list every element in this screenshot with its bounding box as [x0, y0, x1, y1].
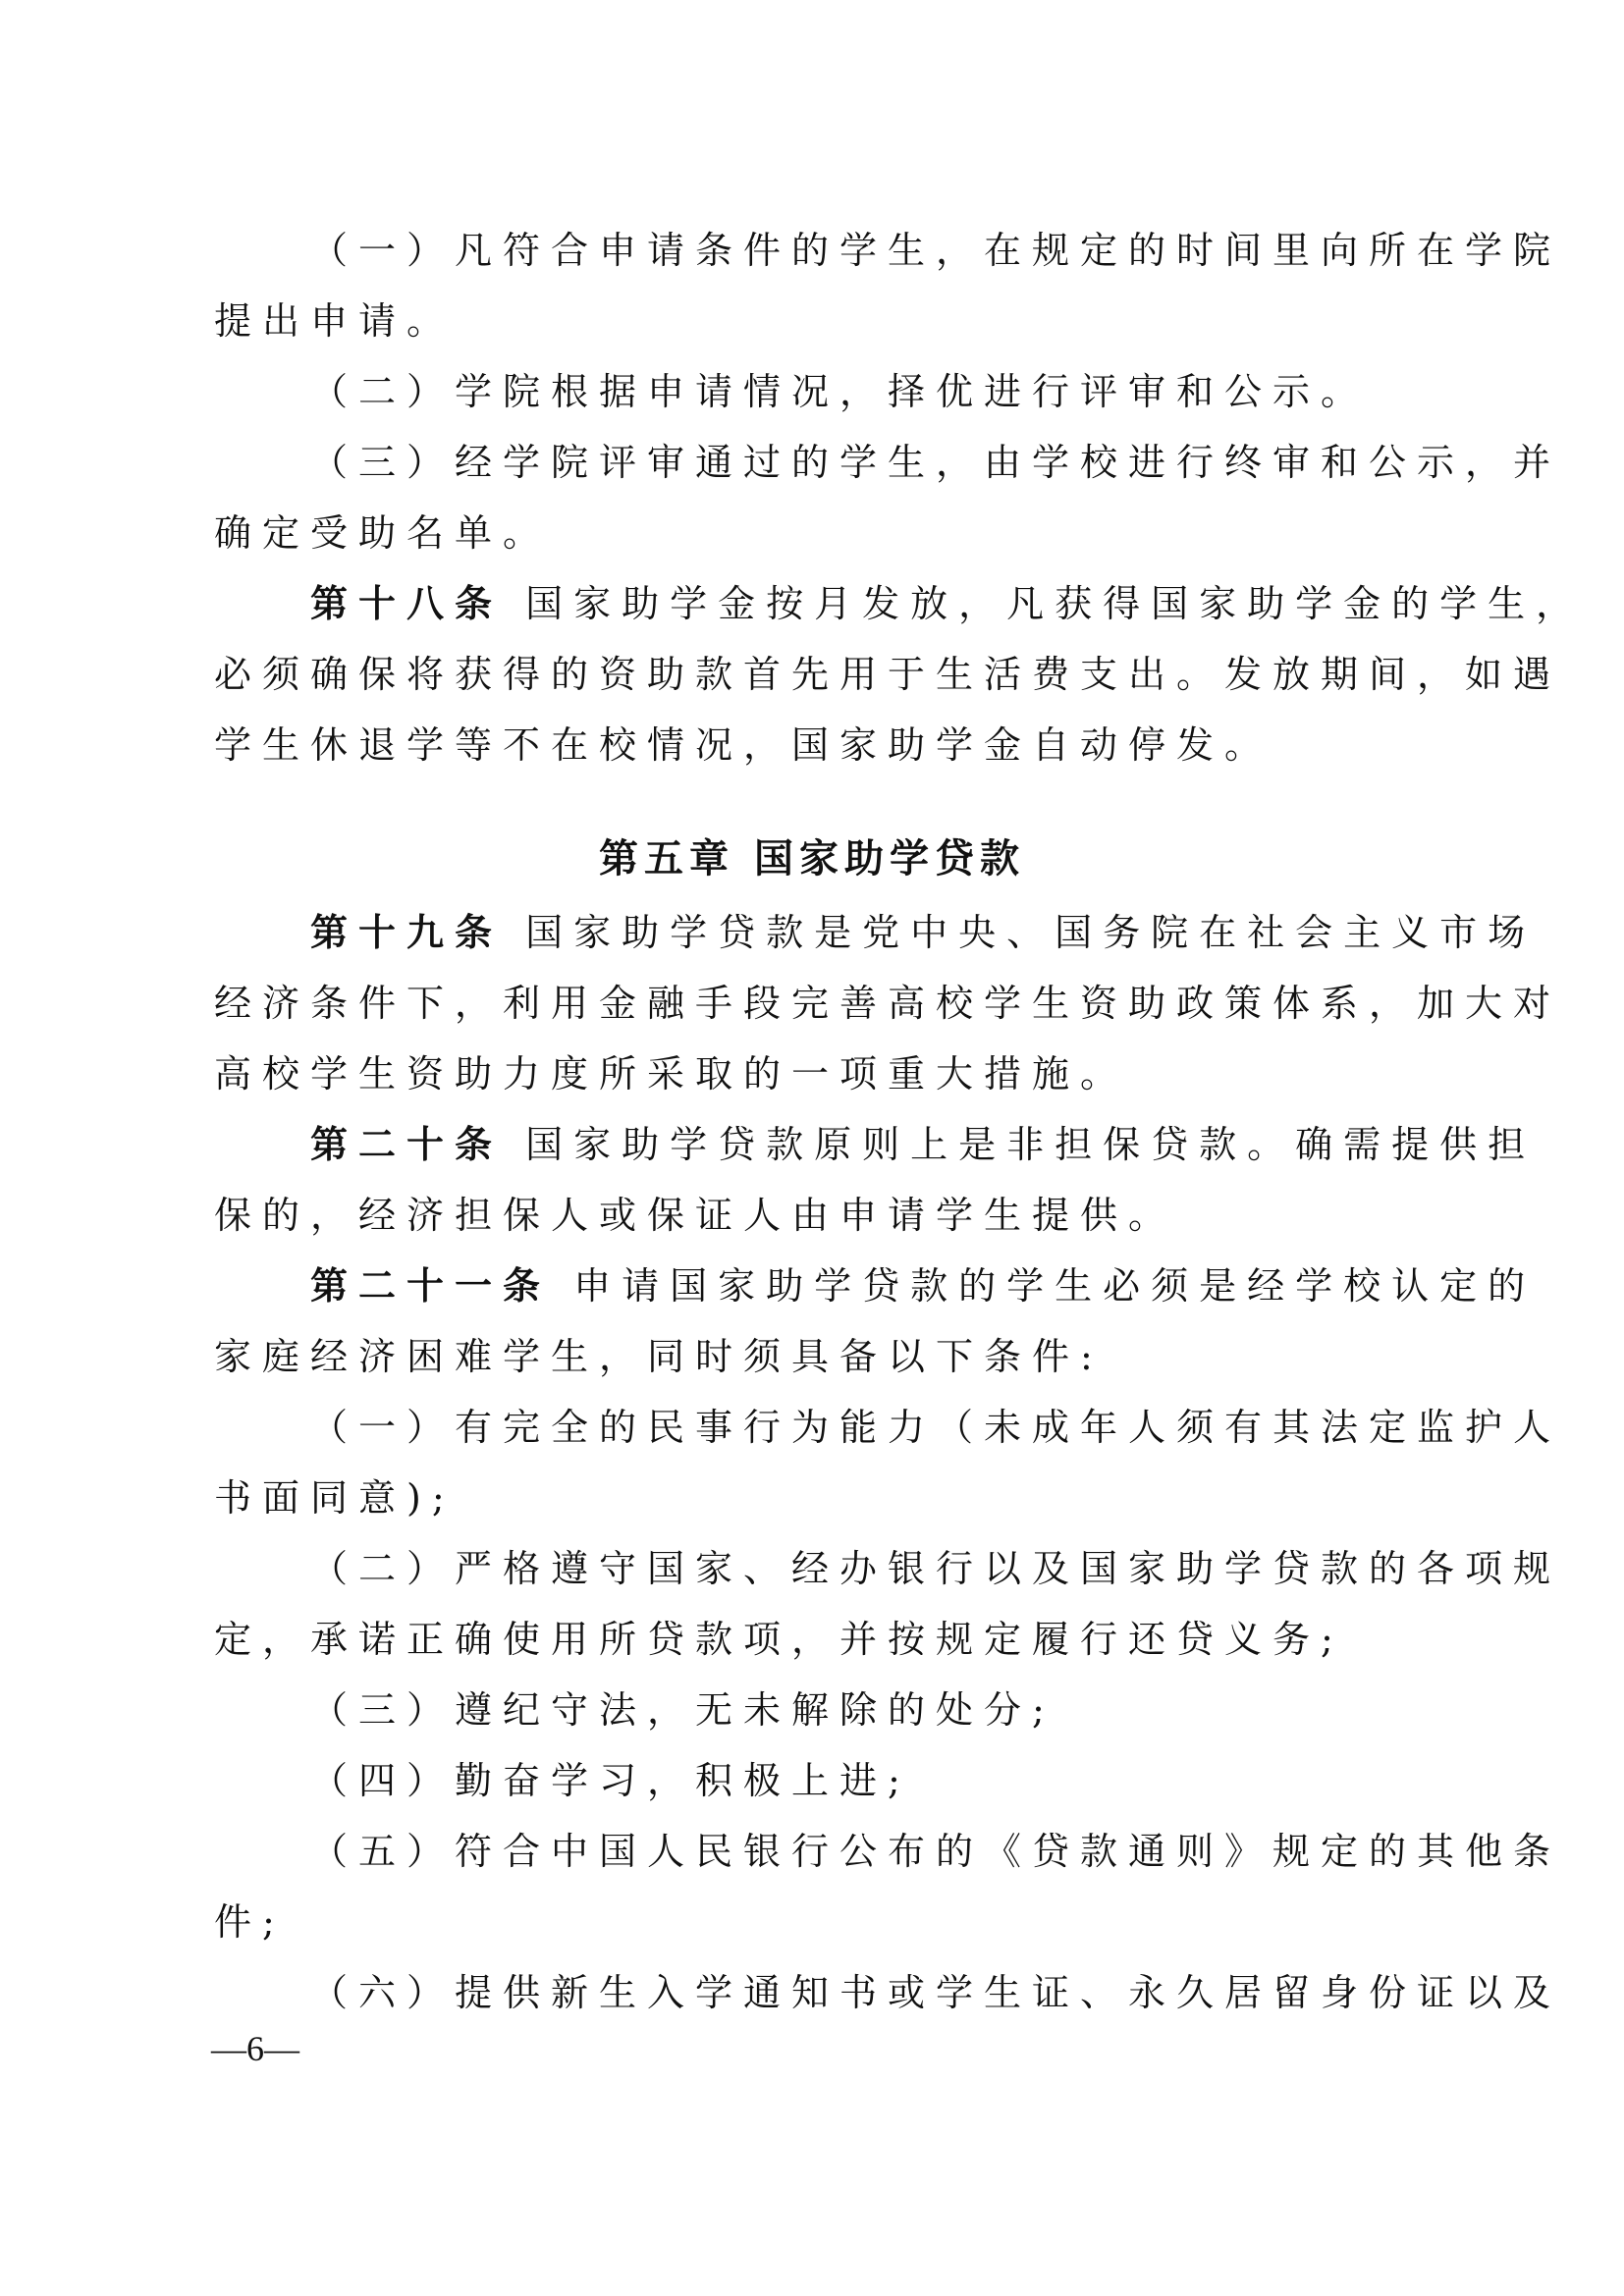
line-text: 申请国家助学贷款的学生必须是经学校认定的 [573, 1264, 1536, 1308]
article-paragraph-line: 第二十一条 申请国家助学贷款的学生必须是经学校认定的 [214, 1251, 1422, 1321]
paragraph-line: 学生休退学等不在校情况，国家助学金自动停发。 [214, 710, 1422, 780]
line-text: 家庭经济困难学生，同时须具备以下条件: [214, 1335, 1104, 1378]
paragraph-line: （二）学院根据申请情况，择优进行评审和公示。 [214, 356, 1422, 427]
article-label: 第十八条 [310, 581, 503, 625]
article-paragraph-line: 第十八条 国家助学金按月发放，凡获得国家助学金的学生， [214, 568, 1422, 639]
line-text: （四）勤奋学习，积极上进; [310, 1759, 911, 1802]
line-text: 保的，经济担保人或保证人由申请学生提供。 [214, 1194, 1176, 1237]
paragraph-line: （五）符合中国人民银行公布的《贷款通则》规定的其他条 [214, 1816, 1422, 1887]
line-text: （三）遵纪守法，无未解除的处分; [310, 1688, 1056, 1732]
paragraph-line: 确定受助名单。 [214, 498, 1422, 568]
line-text: 确定受助名单。 [214, 511, 551, 555]
paragraph-line: （二）严格遵守国家、经办银行以及国家助学贷款的各项规 [214, 1533, 1422, 1604]
paragraph-line: 件; [214, 1887, 1422, 1957]
page-number: —6— [211, 2028, 299, 2069]
paragraph-line: （一）凡符合申请条件的学生，在规定的时间里向所在学院 [214, 215, 1422, 286]
paragraph-line: 保的，经济担保人或保证人由申请学生提供。 [214, 1180, 1422, 1251]
line-text: （二）严格遵守国家、经办银行以及国家助学贷款的各项规 [310, 1547, 1561, 1590]
paragraph-line: 经济条件下，利用金融手段完善高校学生资助政策体系，加大对 [214, 968, 1422, 1039]
paragraph-line: （三）经学院评审通过的学生，由学校进行终审和公示，并 [214, 427, 1422, 498]
line-text: 件; [214, 1900, 286, 1944]
paragraph-line: （三）遵纪守法，无未解除的处分; [214, 1675, 1422, 1745]
line-text: 提出申请。 [214, 299, 455, 343]
line-text: （五）符合中国人民银行公布的《贷款通则》规定的其他条 [310, 1830, 1561, 1873]
line-text: （一）有完全的民事行为能力（未成年人须有其法定监护人 [310, 1406, 1561, 1449]
line-text: 必须确保将获得的资助款首先用于生活费支出。发放期间，如遇 [214, 653, 1561, 696]
line-text: （六）提供新生入学通知书或学生证、永久居留身份证以及 [310, 1971, 1561, 2014]
line-text: 高校学生资助力度所采取的一项重大措施。 [214, 1052, 1128, 1095]
line-text: （二）学院根据申请情况，择优进行评审和公示。 [310, 370, 1369, 413]
line-text: 国家助学金按月发放，凡获得国家助学金的学生， [525, 582, 1584, 625]
paragraph-line: （四）勤奋学习，积极上进; [214, 1745, 1422, 1816]
line-text: 经济条件下，利用金融手段完善高校学生资助政策体系，加大对 [214, 982, 1561, 1025]
paragraph-line: 家庭经济困难学生，同时须具备以下条件: [214, 1321, 1422, 1392]
article-paragraph-line: 第二十条 国家助学贷款原则上是非担保贷款。确需提供担 [214, 1109, 1422, 1180]
line-text: （三）经学院评审通过的学生，由学校进行终审和公示，并 [310, 441, 1561, 484]
paragraph-line: 高校学生资助力度所采取的一项重大措施。 [214, 1039, 1422, 1109]
line-text: 书面同意); [214, 1476, 456, 1520]
paragraph-line: 必须确保将获得的资助款首先用于生活费支出。发放期间，如遇 [214, 639, 1422, 710]
paragraph-line: 提出申请。 [214, 286, 1422, 356]
article-paragraph-line: 第十九条 国家助学贷款是党中央、国务院在社会主义市场 [214, 897, 1422, 968]
line-text: 国家助学贷款是党中央、国务院在社会主义市场 [525, 911, 1536, 954]
line-text: 定，承诺正确使用所贷款项，并按规定履行还贷义务; [214, 1618, 1344, 1661]
paragraph-line: 定，承诺正确使用所贷款项，并按规定履行还贷义务; [214, 1604, 1422, 1675]
paragraph-line: 书面同意); [214, 1463, 1422, 1533]
article-label: 第十九条 [310, 910, 503, 954]
chapter-heading: 第五章 国家助学贷款 [0, 824, 1624, 894]
line-text: 学生休退学等不在校情况，国家助学金自动停发。 [214, 723, 1272, 767]
line-text: 国家助学贷款原则上是非担保贷款。确需提供担 [525, 1123, 1536, 1166]
paragraph-line: （六）提供新生入学通知书或学生证、永久居留身份证以及 [214, 1957, 1422, 2028]
line-text: （一）凡符合申请条件的学生，在规定的时间里向所在学院 [310, 229, 1561, 272]
document-page: （一）凡符合申请条件的学生，在规定的时间里向所在学院提出申请。（二）学院根据申请… [0, 0, 1624, 2296]
paragraph-line: （一）有完全的民事行为能力（未成年人须有其法定监护人 [214, 1392, 1422, 1463]
article-label: 第二十一条 [310, 1263, 551, 1308]
article-label: 第二十条 [310, 1122, 503, 1166]
